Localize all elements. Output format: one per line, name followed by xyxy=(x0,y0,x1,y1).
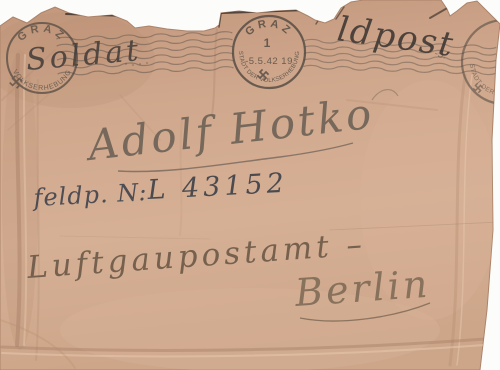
envelope-scene: GRAZ VOLKSERHEBUNG GRAZ 1 -5.5.42 19 STA… xyxy=(0,0,500,370)
ink-dot xyxy=(139,63,141,65)
postmark-date: -5.5.42 19 xyxy=(245,56,293,67)
envelope-photo: GRAZ VOLKSERHEBUNG GRAZ 1 -5.5.42 19 STA… xyxy=(0,0,500,370)
ink-dot xyxy=(125,63,127,65)
ink-dot xyxy=(132,64,134,66)
postmark-office-number: 1 xyxy=(264,36,271,50)
ink-dot xyxy=(146,62,148,64)
envelope-surface: GRAZ VOLKSERHEBUNG GRAZ 1 -5.5.42 19 STA… xyxy=(0,3,500,370)
